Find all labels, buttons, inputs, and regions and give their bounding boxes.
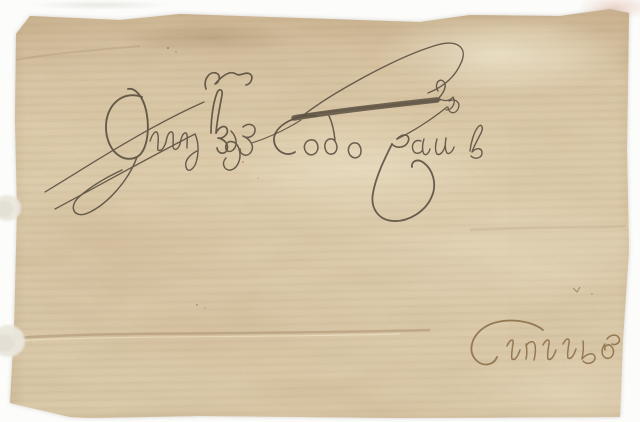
manuscript-paper [0, 0, 640, 422]
scanner-bed [0, 0, 640, 422]
paper-shadow-wrap [0, 0, 640, 422]
